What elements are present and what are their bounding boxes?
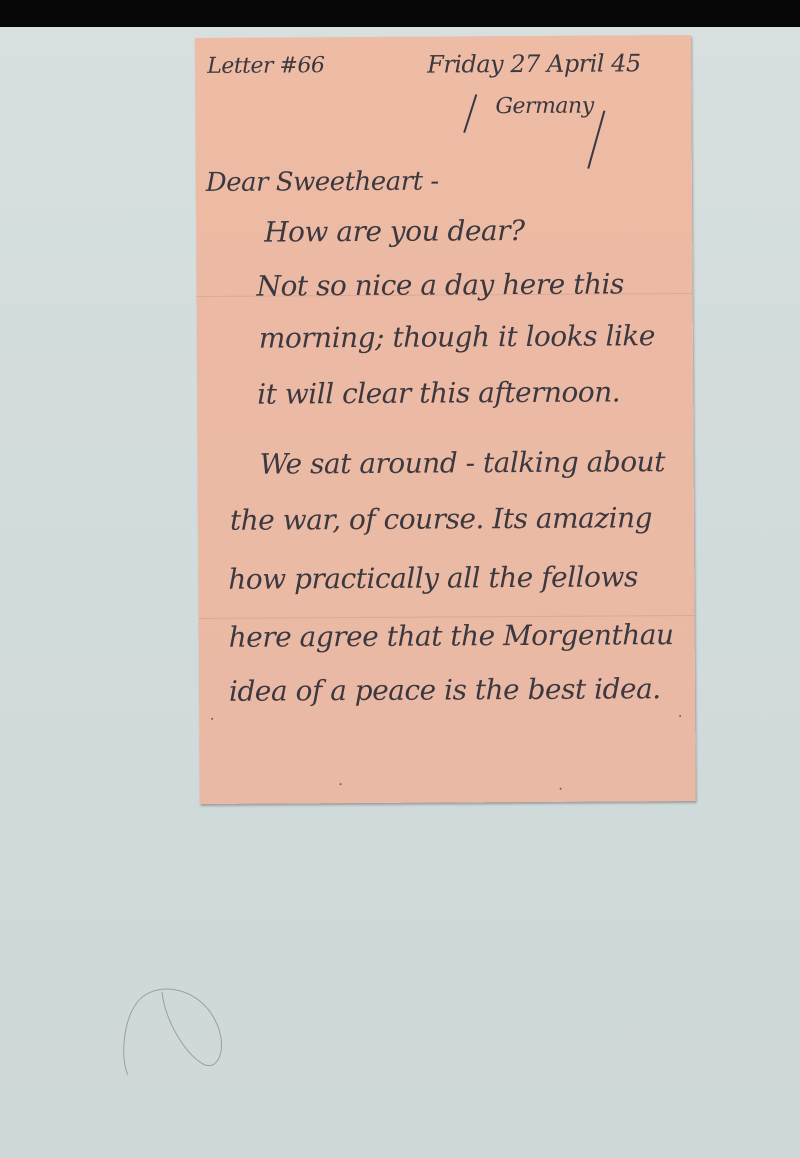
letter-line: here agree that the Morgenthau [229, 618, 674, 654]
paper-speck [211, 718, 213, 720]
paper-speck [340, 783, 342, 785]
letter-line: idea of a peace is the best idea. [229, 672, 661, 708]
letter-place: Germany [495, 94, 593, 120]
letter-line: morning; though it looks like [259, 319, 655, 354]
salutation: Dear Sweetheart - [206, 167, 439, 198]
paper-speck [560, 788, 562, 790]
letter-date: Friday 27 April 45 [427, 49, 641, 78]
paper-speck [679, 715, 681, 717]
letter-number: Letter #66 [207, 53, 324, 79]
letter-line: We sat around - talking about [260, 445, 666, 480]
stray-hair-icon [120, 970, 240, 1090]
letter-line: Not so nice a day here this [256, 267, 623, 302]
letter-line: how practically all the fellows [228, 560, 638, 596]
letter-sheet: Letter #66 Friday 27 April 45 Germany De… [195, 35, 696, 804]
letter-line: it will clear this afternoon. [257, 375, 620, 410]
letter-line: How are you dear? [264, 214, 525, 249]
letter-line: the war, of course. Its amazing [230, 501, 652, 537]
pen-stroke-mark [463, 94, 477, 133]
pen-stroke-mark [587, 111, 605, 169]
scanner-lid-band [0, 0, 800, 27]
